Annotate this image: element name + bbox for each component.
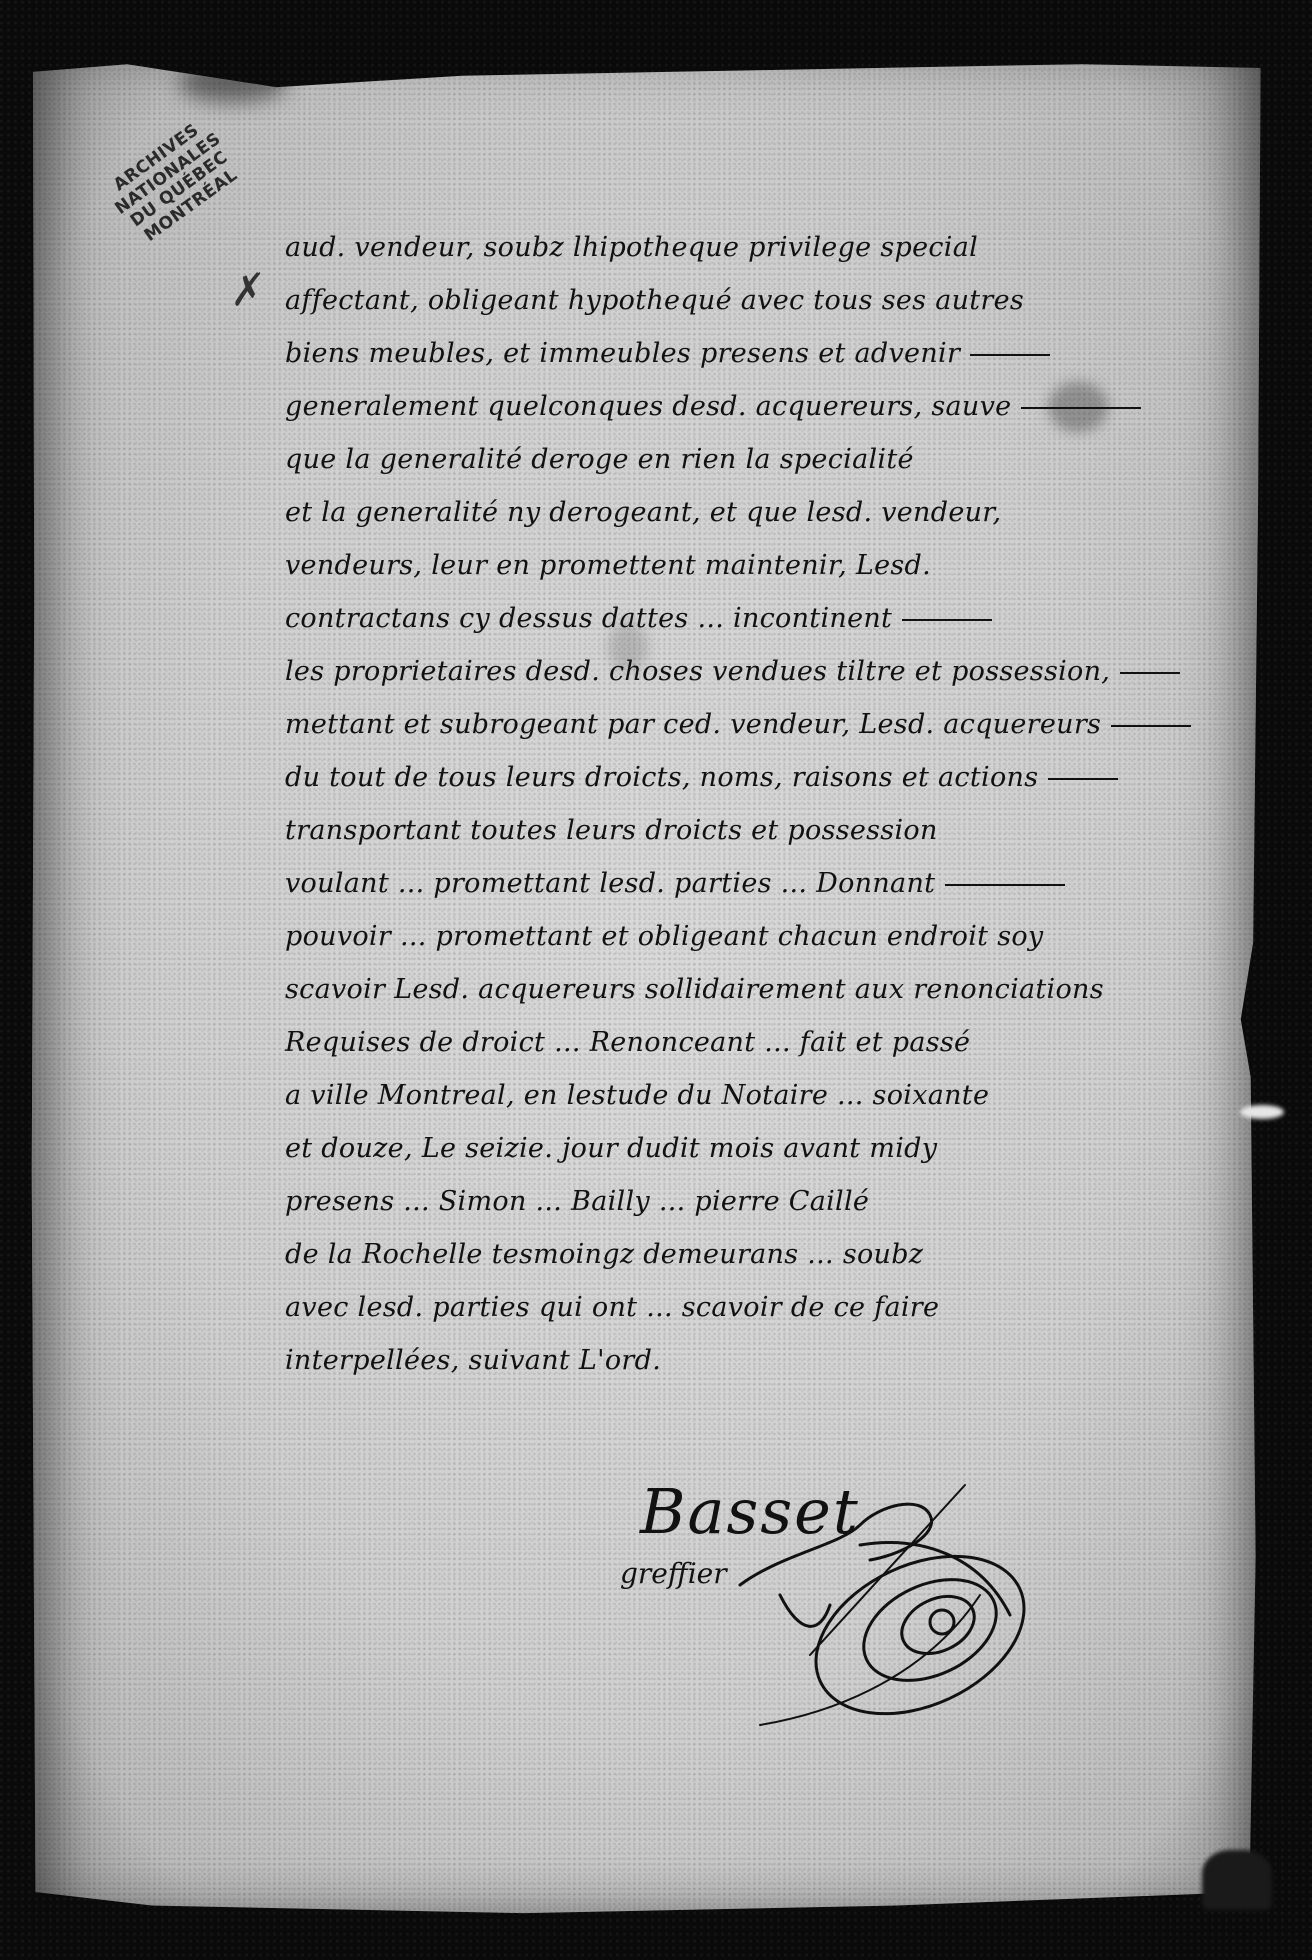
manuscript-text: aud. vendeur, soubz lhipotheque privileg… <box>285 232 1235 1398</box>
text-line: a ville Montreal, en lestude du Notaire … <box>285 1080 1235 1133</box>
text-line: mettant et subrogeant par ced. vendeur, … <box>285 709 1235 762</box>
text-line: les proprietaires desd. choses vendues t… <box>285 656 1235 709</box>
corner-damage <box>1202 1850 1272 1910</box>
text-line: de la Rochelle tesmoingz demeurans ... s… <box>285 1239 1235 1292</box>
text-line: et douze, Le seizie. jour dudit mois ava… <box>285 1133 1235 1186</box>
text-line: affectant, obligeant hypothequé avec tou… <box>285 285 1235 338</box>
text-line: avec lesd. parties qui ont ... scavoir d… <box>285 1292 1235 1345</box>
text-line: interpellées, suivant L'ord. <box>285 1345 1235 1398</box>
text-line: du tout de tous leurs droicts, noms, rai… <box>285 762 1235 815</box>
text-line: Requises de droict ... Renonceant ... fa… <box>285 1027 1235 1080</box>
text-line: presens ... Simon ... Bailly ... pierre … <box>285 1186 1235 1239</box>
signature-block: Basset greffier <box>620 1465 1040 1765</box>
paper-tear <box>1240 1105 1284 1119</box>
signature-title: greffier <box>620 1557 727 1590</box>
text-line: transportant toutes leurs droicts et pos… <box>285 815 1235 868</box>
text-line: vendeurs, leur en promettent maintenir, … <box>285 550 1235 603</box>
text-line: generalement quelconques desd. acquereur… <box>285 391 1235 444</box>
text-line: pouvoir ... promettant et obligeant chac… <box>285 921 1235 974</box>
text-line: que la generalité deroge en rien la spec… <box>285 444 1235 497</box>
text-line: voulant ... promettant lesd. parties ...… <box>285 868 1235 921</box>
margin-cross-mark: ✗ <box>224 265 265 316</box>
text-line: scavoir Lesd. acquereurs sollidairement … <box>285 974 1235 1027</box>
text-line: aud. vendeur, soubz lhipotheque privileg… <box>285 232 1235 285</box>
text-line: contractans cy dessus dattes ... inconti… <box>285 603 1235 656</box>
signature-name: Basset <box>640 1475 860 1548</box>
text-line: biens meubles, et immeubles presens et a… <box>285 338 1235 391</box>
text-line: et la generalité ny derogeant, et que le… <box>285 497 1235 550</box>
